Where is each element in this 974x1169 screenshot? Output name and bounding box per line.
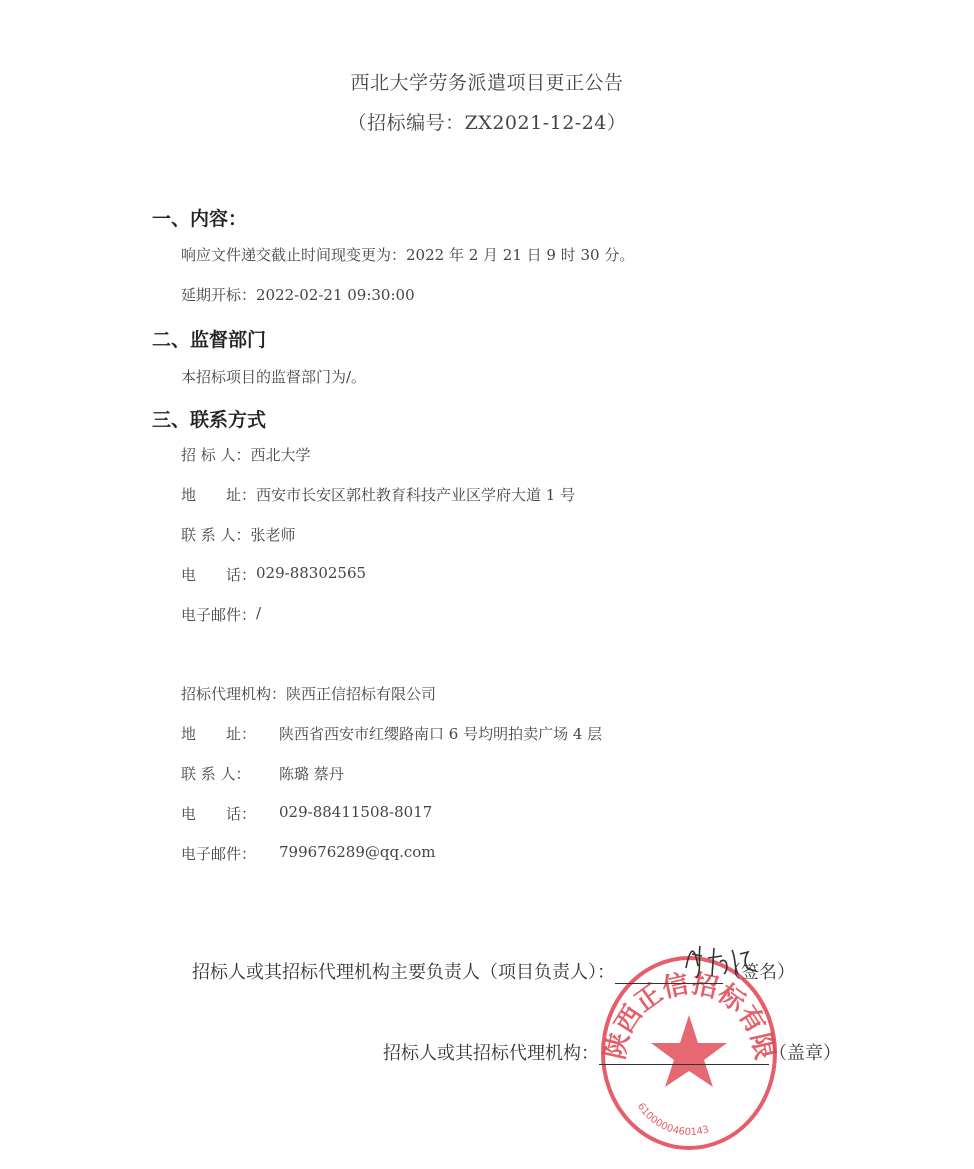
agency-seal-row: 招标人或其招标代理机构：（盖章）: [383, 1039, 841, 1065]
tenderer-email-row: 电子邮件： /: [181, 604, 261, 625]
tenderer-contact-label: 联 系 人：: [181, 524, 251, 545]
tenderer-address-value: 西安市长安区郭杜教育科技产业区学府大道 1 号: [256, 484, 575, 505]
agency-email-row: 电子邮件： 799676289@qq.com: [181, 843, 436, 864]
agency-phone-label: 电 话：: [181, 803, 279, 824]
responsible-signature-line: [615, 961, 723, 984]
agency-email-value: 799676289@qq.com: [279, 843, 436, 864]
stamp-serial-text: 6100000460143: [635, 1101, 711, 1138]
responsible-person-label: 招标人或其招标代理机构主要负责人（项目负责人）：: [192, 962, 615, 983]
tenderer-contact-row: 联 系 人： 张老师: [181, 524, 296, 545]
responsible-person-signature-row: 招标人或其招标代理机构主要负责人（项目负责人）：（签名）: [192, 958, 795, 984]
svg-text:6100000460143: 6100000460143: [635, 1101, 711, 1138]
tenderer-phone-row: 电 话： 029-88302565: [181, 564, 366, 585]
section-heading-contact: 三、联系方式: [152, 405, 266, 432]
tenderer-email-label: 电子邮件：: [181, 604, 256, 625]
agency-name-value: 陕西正信招标有限公司: [286, 683, 436, 704]
agency-contact-label: 联 系 人：: [181, 763, 279, 784]
agency-address-label: 地 址：: [181, 723, 279, 744]
section-heading-content: 一、内容：: [152, 204, 247, 231]
tenderer-name-label: 招 标 人：: [181, 444, 251, 465]
agency-address-value: 陕西省西安市红缨路南口 6 号均明拍卖广场 4 层: [279, 723, 602, 744]
section-heading-supervision: 二、监督部门: [152, 325, 266, 352]
tenderer-contact-value: 张老师: [251, 524, 296, 545]
tenderer-address-row: 地 址： 西安市长安区郭杜教育科技产业区学府大道 1 号: [181, 484, 575, 505]
tenderer-address-label: 地 址：: [181, 484, 256, 505]
tenderer-name-row: 招 标 人： 西北大学: [181, 444, 311, 465]
agency-seal-label: 招标人或其招标代理机构：: [383, 1043, 599, 1064]
tenderer-name-value: 西北大学: [251, 444, 311, 465]
agency-email-label: 电子邮件：: [181, 843, 279, 864]
agency-phone-row: 电 话： 029-88411508-8017: [181, 803, 432, 824]
agency-contact-value: 陈璐 蔡丹: [279, 763, 344, 784]
deadline-change-text: 响应文件递交截止时间现变更为：2022 年 2 月 21 日 9 时 30 分。: [181, 244, 634, 265]
signature-suffix-label: （签名）: [723, 962, 795, 983]
agency-seal-line: [599, 1042, 769, 1065]
agency-contact-row: 联 系 人： 陈璐 蔡丹: [181, 763, 344, 784]
document-title: 西北大学劳务派遣项目更正公告: [0, 68, 974, 95]
agency-address-row: 地 址： 陕西省西安市红缨路南口 6 号均明拍卖广场 4 层: [181, 723, 602, 744]
seal-suffix-label: （盖章）: [769, 1043, 841, 1064]
tenderer-phone-label: 电 话：: [181, 564, 256, 585]
tenderer-phone-value: 029-88302565: [256, 564, 366, 585]
tenderer-email-value: /: [256, 604, 261, 625]
agency-name-label: 招标代理机构：: [181, 683, 286, 704]
agency-phone-value: 029-88411508-8017: [279, 803, 432, 824]
supervision-text: 本招标项目的监督部门为/。: [181, 366, 366, 387]
document-subtitle: （招标编号：ZX2021-12-24）: [0, 108, 974, 135]
opening-delay-text: 延期开标：2022-02-21 09:30:00: [181, 284, 415, 305]
agency-name-row: 招标代理机构： 陕西正信招标有限公司: [181, 683, 436, 704]
